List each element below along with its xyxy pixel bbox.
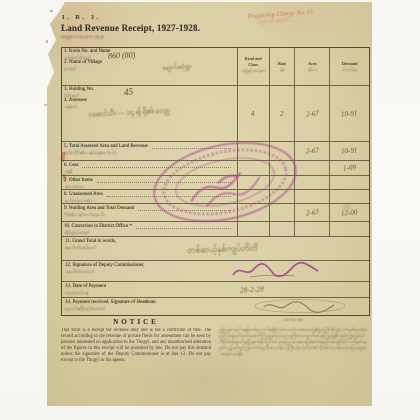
handwritten-holding-number: 45: [124, 87, 134, 98]
handwritten-payment-date: 28-2-28: [240, 284, 264, 294]
holding-row: 3. Holding No. ဦးပိုင်အမှတ် 4. Assessee …: [62, 86, 369, 142]
headman-signature-row: 14. Payment received. Signature of Headm…: [62, 298, 369, 315]
holding-area-value: 2-67: [295, 86, 330, 141]
column-header-area: Area ဧရိယာ: [295, 48, 330, 85]
column-header-demand: Demand တောင်းငွေ: [330, 48, 369, 85]
column-header-kind: Kind and Class အမျိုးနှင့် အတန်းစား: [238, 48, 270, 85]
stain-speck: [46, 40, 48, 43]
column-header-rate: Rate နှုန်း: [270, 48, 296, 85]
grand-total-row: 11. Grand Total in words, စုစုပေါင်းကို …: [62, 237, 369, 261]
charge-number-note: Thugyiship Charge No. 61. သူကြီးအပိုင် အ…: [247, 5, 366, 27]
scanned-photo-background: I. R. 3. Land Revenue Receipt, 1927-1928…: [0, 0, 420, 420]
field-holding-label-burmese: ဦးပိုင်အမှတ်: [64, 93, 108, 98]
stain-speck: [50, 10, 53, 12]
notice-burmese-column: သတိပေးစာ ဤပြေစာသည် အခွန်တော်ငွေ လက်ခံရရှ…: [219, 318, 367, 391]
notice-body-english: This form is a receipt for revenue only …: [61, 328, 211, 363]
date-of-payment-row: 13. Date of Payment ငွေသွင်းသည့် နေ့စွဲ …: [62, 282, 369, 298]
header-main-cell: 1. Kwin No. and Name ကွင်းအမှတ်နှင့်အမည်…: [62, 48, 238, 85]
handwritten-village-name: ချောင်းဆုံရွာ: [162, 62, 192, 74]
dc-signature-row: 12. Signature of Deputy Commissioner, အရ…: [62, 261, 369, 282]
headman-signature-mark: [252, 298, 347, 314]
notice-body-burmese: ဤပြေစာသည် အခွန်တော်ငွေ လက်ခံရရှိကြောင်း …: [219, 327, 367, 391]
table-header-row: 1. Kwin No. and Name ကွင်းအမှတ်နှင့်အမည်…: [62, 48, 369, 86]
holding-main-cell: 3. Holding No. ဦးပိုင်အမှတ် 4. Assessee …: [62, 86, 238, 141]
form-number: I. R. 3.: [62, 14, 101, 21]
holding-demand-value: 10-91: [330, 86, 369, 141]
notice-english-column: NOTICE This form is a receipt for revenu…: [61, 318, 211, 363]
handwritten-kwin-number: 860 (80): [108, 51, 136, 61]
stain-speck: [44, 104, 47, 106]
notice-heading: NOTICE: [61, 318, 211, 326]
field-village-label-burmese: ရွာအမည်: [64, 66, 114, 71]
dc-signature-mark: [230, 262, 322, 280]
page-title-burmese: မြေခွန်တော်ပြေစာ၊ ၁၂၈၉ ခု။: [61, 35, 201, 42]
receipt-paper: I. R. 3. Land Revenue Receipt, 1927-1928…: [47, 2, 372, 406]
handwritten-assessee-name: ငမောင်သီး — ၁၄ ၍ ရှိ၏၊ လျော့: [88, 102, 233, 121]
notice-heading-burmese: သတိပေးစာ: [219, 318, 367, 325]
page-title: Land Revenue Receipt, 1927-1928.: [61, 23, 200, 33]
